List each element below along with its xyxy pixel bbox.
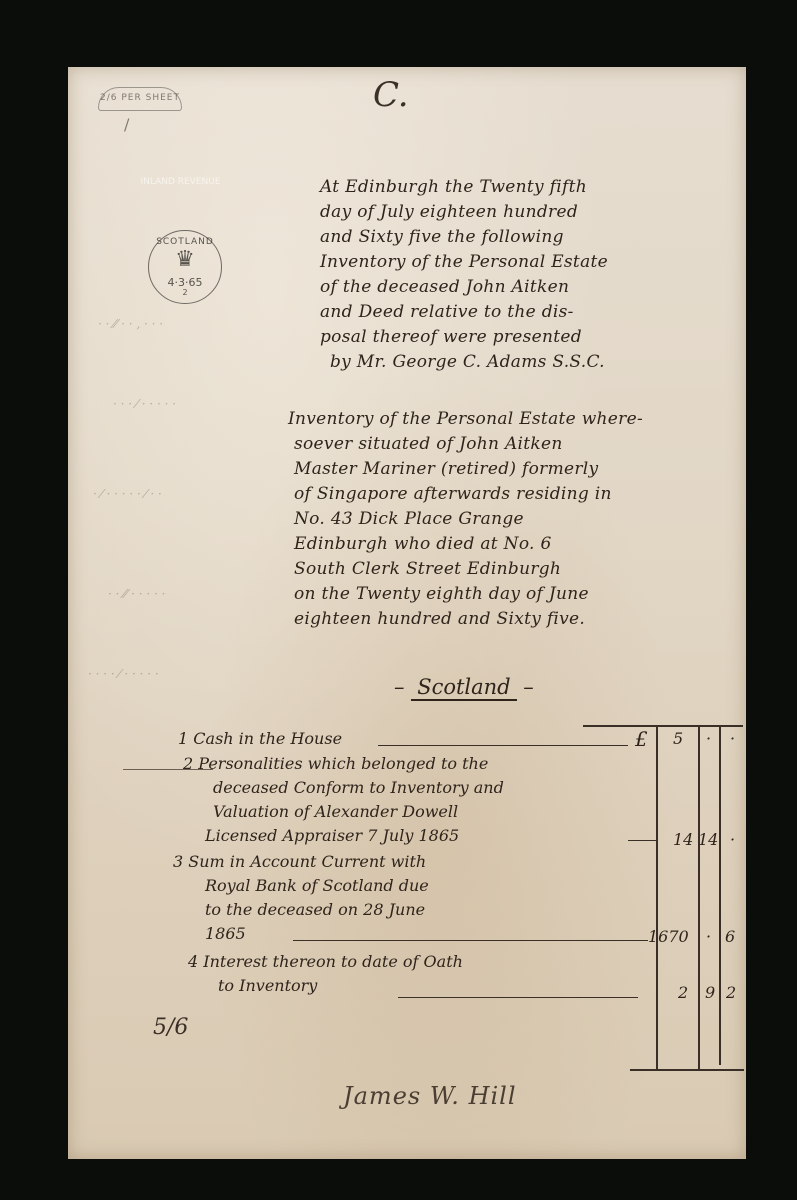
item-description: Personalities which belonged to the xyxy=(198,754,488,773)
item-2-pence: · xyxy=(730,830,735,849)
item-2-shillings: 14 xyxy=(698,830,718,849)
bleed-through-text: · · · · ⁄ · · · · · xyxy=(88,667,159,681)
item-description: Sum in Account Current with xyxy=(188,852,426,871)
leader-line xyxy=(628,840,658,841)
item-description: Valuation of Alexander Dowell xyxy=(183,800,504,824)
duty-stamp: 2/6 PER SHEET xyxy=(98,87,182,111)
bleed-through-text: · · ⁄⁄ · · ‚ · · · xyxy=(98,317,163,331)
text-line: No. 43 Dick Place Grange xyxy=(288,507,748,532)
item-description: Interest thereon to date of Oath xyxy=(203,952,463,971)
document-sheet: 2/6 PER SHEET / INLAND REVENUE SCOTLAND … xyxy=(68,67,746,1159)
item-3-shillings: · xyxy=(706,927,711,946)
currency-symbol: £ xyxy=(635,727,648,751)
item-3-pounds: 1670 xyxy=(648,927,689,946)
item-4-shillings: 9 xyxy=(705,983,715,1002)
text-line: posal thereof were presented xyxy=(320,325,745,350)
ledger-bottom-rule xyxy=(630,1069,744,1071)
item-description: to the deceased on 28 June xyxy=(173,898,429,922)
document-heading: C. xyxy=(373,75,409,115)
item-description: to Inventory xyxy=(188,974,463,998)
postmark-ring-text: SCOTLAND xyxy=(149,237,221,247)
crown-icon: ♛ xyxy=(149,247,221,272)
embossed-revenue-seal: INLAND REVENUE xyxy=(133,177,228,237)
text-line: soever situated of John Aitken xyxy=(288,432,748,457)
scotland-postmark: SCOTLAND ♛ 4·3·65 2 xyxy=(148,230,222,304)
item-4-pounds: 2 xyxy=(678,983,688,1002)
leader-line xyxy=(293,940,648,941)
item-description: 1865 xyxy=(173,922,429,946)
text-line: Edinburgh who died at No. 6 xyxy=(288,532,748,557)
item-number: 4 xyxy=(188,952,198,971)
item-1-pence: · xyxy=(730,729,735,748)
ledger-item-3: 3 Sum in Account Current with Royal Bank… xyxy=(173,850,429,946)
item-2-pounds: 14 xyxy=(673,830,693,849)
item-description: Licensed Appraiser 7 July 1865 xyxy=(183,824,504,848)
item-3-pence: 6 xyxy=(725,927,735,946)
text-line: At Edinburgh the Twenty fifth xyxy=(320,175,745,200)
postmark-number: 2 xyxy=(149,288,221,297)
inventory-paragraph: Inventory of the Personal Estate where- … xyxy=(288,407,748,632)
leader-line xyxy=(378,745,628,746)
item-description: Royal Bank of Scotland due xyxy=(173,874,429,898)
item-number: 1 xyxy=(178,729,188,748)
bleed-through-text: · ⁄ · · · · · ⁄ · · xyxy=(93,487,162,501)
text-line: and Deed relative to the dis- xyxy=(320,300,745,325)
pounds-column-rule xyxy=(656,725,658,1070)
item-4-pence: 2 xyxy=(726,983,736,1002)
item-description: deceased Conform to Inventory and xyxy=(183,776,504,800)
text-line: Inventory of the Personal Estate xyxy=(320,250,745,275)
ledger-item-2: 2 Personalities which belonged to the de… xyxy=(183,752,504,848)
text-line: South Clerk Street Edinburgh xyxy=(288,557,748,582)
ledger-item-1: 1 Cash in the House xyxy=(178,727,342,751)
ledger-item-4: 4 Interest thereon to date of Oath to In… xyxy=(188,950,463,998)
bleed-through-text: · · · ⁄ · · · · · xyxy=(113,397,176,411)
text-line: day of July eighteen hundred xyxy=(320,200,745,225)
section-heading: – Scotland – xyxy=(394,675,534,699)
text-line: of Singapore afterwards residing in xyxy=(288,482,748,507)
signature: James W. Hill xyxy=(343,1082,517,1110)
item-number: 3 xyxy=(173,852,183,871)
section-heading-label: Scotland xyxy=(411,675,516,701)
item-1-shillings: · xyxy=(706,729,711,748)
pence-column-rule xyxy=(719,725,721,1065)
item-description: Cash in the House xyxy=(193,729,342,748)
text-line: on the Twenty eighth day of June xyxy=(288,582,748,607)
shillings-column-rule xyxy=(698,725,700,1070)
text-line: of the deceased John Aitken xyxy=(320,275,745,300)
text-line: Inventory of the Personal Estate where- xyxy=(288,407,748,432)
leader-line xyxy=(398,997,638,998)
margin-tick-mark: / xyxy=(124,115,129,134)
marginal-notation: 5/6 xyxy=(153,1015,188,1040)
text-line: by Mr. George C. Adams S.S.C. xyxy=(320,350,745,375)
item-1-pounds: 5 xyxy=(673,729,683,748)
bleed-through-text: · · ⁄⁄ · · · · · xyxy=(108,587,165,601)
item-number: 2 xyxy=(183,754,193,773)
text-line: eighteen hundred and Sixty five. xyxy=(288,607,748,632)
preamble-paragraph: At Edinburgh the Twenty fifth day of Jul… xyxy=(320,175,745,375)
text-line: Master Mariner (retired) formerly xyxy=(288,457,748,482)
text-line: and Sixty five the following xyxy=(320,225,745,250)
